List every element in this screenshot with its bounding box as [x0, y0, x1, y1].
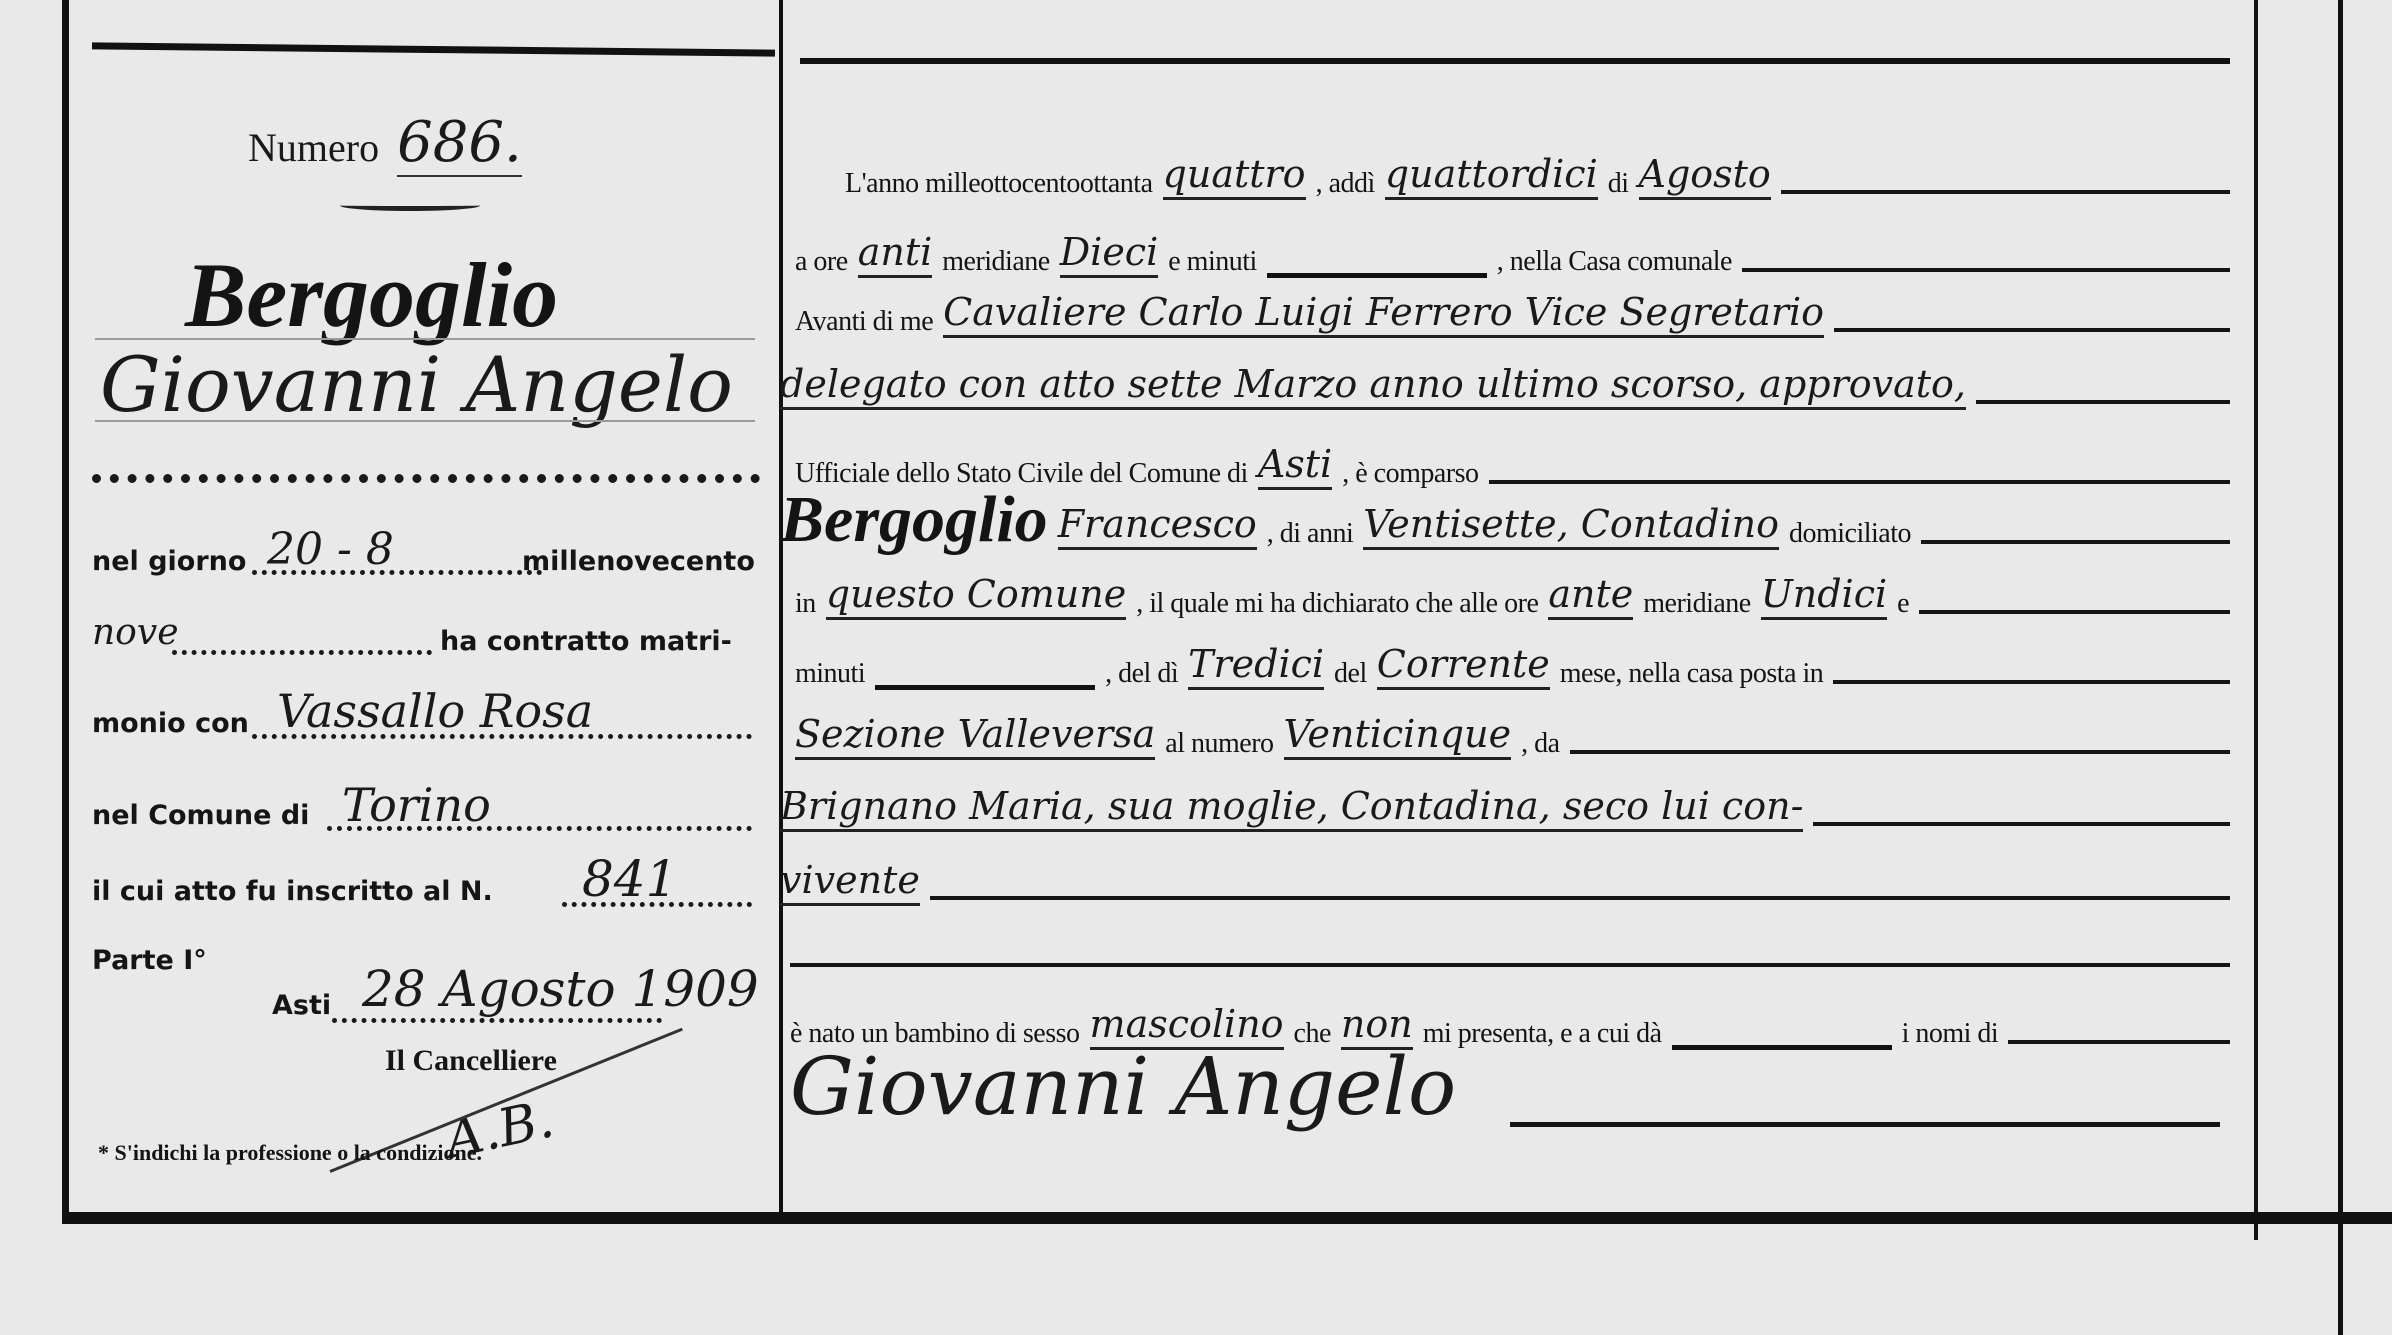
printed-text: , il quale mi ha dichiarato che alle ore	[1136, 588, 1538, 620]
printed-text: e	[1897, 588, 1909, 620]
handwritten-entry: Brignano Maria, sua moglie, Contadina, s…	[780, 783, 1803, 832]
record-number-ref: 841	[582, 850, 677, 908]
surname: Bergoglio	[185, 242, 558, 348]
marriage-year: nove	[92, 612, 179, 653]
printed-text: meridiane	[1643, 588, 1750, 620]
handwritten-entry: vivente	[780, 857, 920, 906]
record-line: BergoglioFrancesco, di anniVentisette, C…	[780, 490, 2230, 550]
annotation-date: 28 Agosto 1909	[362, 960, 759, 1018]
annotation-label: nel Comune di	[92, 800, 309, 831]
blank-line	[1489, 480, 2230, 484]
record-number: Numero 686.	[248, 110, 522, 175]
place-label: Asti	[272, 990, 331, 1021]
blank-line	[1921, 540, 2230, 544]
handwritten-entry: Undici	[1761, 571, 1887, 620]
footnote: * S'indichi la professione o la condizio…	[98, 1140, 482, 1166]
father-surname: Bergoglio	[780, 490, 1048, 550]
handwritten-entry: Asti	[1258, 441, 1332, 490]
blank-line	[930, 896, 2230, 900]
record-line: L'anno milleottocentoottantaquattro, add…	[845, 140, 2230, 200]
printed-text: mi presenta, e a cui dà	[1423, 1018, 1662, 1050]
numero-label: Numero	[248, 125, 379, 170]
top-rule-right	[800, 58, 2230, 64]
record-line: Ufficiale dello Stato Civile del Comune …	[795, 430, 2230, 490]
bottom-rule	[62, 1212, 2392, 1224]
printed-text: meridiane	[942, 246, 1049, 278]
handwritten-entry: quattordici	[1385, 151, 1598, 200]
printed-text: in	[795, 588, 816, 620]
handwritten-entry: delegato con atto sette Marzo anno ultim…	[780, 361, 1966, 410]
handwritten-entry: Sezione Valleversa	[795, 711, 1155, 760]
annotation-label: ha contratto matri-	[440, 626, 732, 657]
record-line: vivente	[780, 846, 2230, 906]
handwritten-entry: Corrente	[1377, 641, 1550, 690]
printed-text: domiciliato	[1789, 518, 1911, 550]
annotation-label: monio con	[92, 708, 249, 739]
handwritten-entry: Agosto	[1639, 151, 1771, 200]
printed-text: L'anno milleottocentoottanta	[845, 168, 1153, 200]
handwritten-entry: Francesco	[1058, 501, 1257, 550]
annotation-line-3: monio con Vassallo Rosa	[92, 690, 760, 740]
top-rule-left	[92, 42, 775, 56]
ruled-line	[95, 420, 755, 422]
record-line: inquesto Comune, il quale mi ha dichiara…	[795, 560, 2230, 620]
marriage-date: 20 - 8	[267, 524, 394, 575]
handwritten-entry: Dieci	[1060, 229, 1159, 278]
printed-text: , da	[1521, 728, 1559, 760]
blank-line	[1813, 822, 2230, 826]
printed-text: a ore	[795, 246, 848, 278]
blank-line	[1570, 750, 2230, 754]
record-line: delegato con atto sette Marzo anno ultim…	[780, 350, 2230, 410]
record-line: Brignano Maria, sua moglie, Contadina, s…	[780, 772, 2230, 832]
handwritten-entry: Venticinque	[1284, 711, 1512, 760]
handwritten-entry: ante	[1548, 571, 1633, 620]
printed-text: , di anni	[1267, 518, 1354, 550]
name-blank	[1510, 1122, 2220, 1127]
handwritten-entry	[875, 685, 1095, 690]
printed-text: i nomi di	[1902, 1018, 1999, 1050]
printed-text: e minuti	[1168, 246, 1257, 278]
left-border	[62, 0, 69, 1220]
handwritten-entry: Cavaliere Carlo Luigi Ferrero Vice Segre…	[943, 289, 1824, 338]
printed-text: , del dì	[1105, 658, 1178, 690]
page-edge	[2338, 0, 2343, 1335]
handwritten-entry: questo Comune	[826, 571, 1126, 620]
given-names: Giovanni Angelo	[100, 340, 733, 429]
annotation-line-4: nel Comune di Torino	[92, 782, 760, 832]
flourish	[340, 200, 480, 211]
annotation-label: millenovecento	[522, 546, 755, 577]
marriage-place: Torino	[342, 778, 491, 832]
printed-text: Avanti di me	[795, 306, 933, 338]
blank-line	[1781, 190, 2230, 194]
blank-line	[1742, 268, 2230, 272]
blank-line	[1976, 400, 2230, 404]
handwritten-entry: Ventisette, Contadino	[1363, 501, 1779, 550]
blank-line	[1833, 680, 2230, 684]
printed-text: , è comparso	[1342, 458, 1478, 490]
handwritten-entry: anti	[858, 229, 933, 278]
child-name: Giovanni Angelo	[790, 1040, 1456, 1133]
printed-text: , addì	[1316, 168, 1375, 200]
section-rule	[790, 963, 2230, 967]
annotation-line-5: il cui atto fu inscritto al N. 841	[92, 858, 760, 908]
record-line: Avanti di meCavaliere Carlo Luigi Ferrer…	[795, 278, 2230, 338]
annotation-label: il cui atto fu inscritto al N.	[92, 876, 493, 907]
record-line: Sezione Valleversaal numeroVenticinque, …	[795, 700, 2230, 760]
printed-text: del	[1334, 658, 1367, 690]
printed-text: al numero	[1165, 728, 1273, 760]
record-line: a oreantimeridianeDiecie minuti, nella C…	[795, 218, 2230, 278]
signer-title: Il Cancelliere	[385, 1044, 557, 1078]
blank-line	[2008, 1040, 2230, 1044]
annotation-line-1: nel giorno 20 - 8 millenovecento	[92, 528, 760, 578]
annotation-line-2: nove ha contratto matri-	[92, 608, 760, 658]
printed-text: di	[1608, 168, 1629, 200]
annotation-divider	[92, 474, 760, 483]
right-border	[2254, 0, 2258, 1240]
annotation-label: nel giorno	[92, 546, 246, 577]
numero-value: 686.	[397, 110, 522, 177]
column-divider	[779, 0, 783, 1220]
spouse-name: Vassallo Rosa	[277, 684, 593, 738]
blank-line	[1834, 328, 2230, 332]
place-date-line: Asti 28 Agosto 1909	[272, 966, 762, 1026]
printed-text: mese, nella casa posta in	[1560, 658, 1824, 690]
handwritten-entry: Tredici	[1188, 641, 1324, 690]
printed-text: minuti	[795, 658, 865, 690]
parte-label: Parte I°	[92, 945, 207, 976]
blank-line	[1919, 610, 2230, 614]
handwritten-entry	[1672, 1045, 1892, 1050]
printed-text: , nella Casa comunale	[1497, 246, 1732, 278]
handwritten-entry: quattro	[1163, 151, 1306, 200]
record-line: minuti, del dìTredicidelCorrentemese, ne…	[795, 630, 2230, 690]
